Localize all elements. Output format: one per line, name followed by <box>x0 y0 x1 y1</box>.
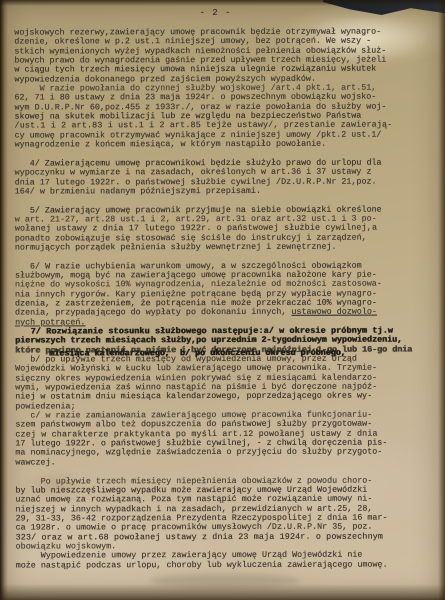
text-line: które powinno nastąpić na piśmie i być d… <box>15 345 439 355</box>
ink-smudge <box>150 574 300 588</box>
text-line: może nastąpić podczas urlopu, choroby lu… <box>16 560 440 570</box>
scanned-document-page: - 2 - wojskowych rezerwy,zawierający umo… <box>0 0 445 600</box>
scan-edge-top <box>0 0 445 6</box>
scan-edge-left <box>0 0 8 600</box>
scan-edge-bottom <box>0 584 445 600</box>
underlined-text: ustawowo dozwolo- <box>291 307 376 317</box>
page-number: - 2 - <box>0 8 431 18</box>
overstruck-text: miesiąca kalendarzowego, b/ po ukończeni… <box>49 349 346 359</box>
document-body: wojskowych rezerwy,zawierający umowę pra… <box>14 27 439 570</box>
text-line: ma nominacyjnego, względnie zaświadczeni… <box>15 448 439 458</box>
